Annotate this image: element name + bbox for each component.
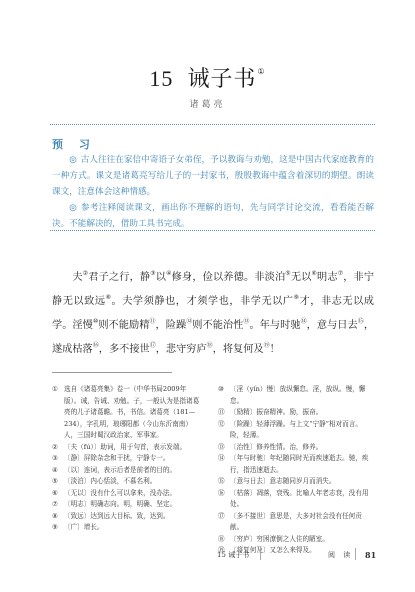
footnote-text: 〔无以〕没有什么可以拿来，没办法。: [64, 488, 202, 500]
text-run: ，多不接世: [99, 344, 150, 355]
text-run: 则不能励精: [98, 320, 149, 331]
text-run: 。年与时驰: [249, 320, 300, 331]
footnote-text: 〔淡泊〕内心恬淡，不慕名利。: [64, 476, 202, 488]
preview-paragraph: ◎古人往往在家信中寄语子女弟侄，予以教诲与劝勉，这是中国古代家庭教育的一种方式。…: [52, 152, 374, 200]
footnote-number: ⑧: [52, 511, 64, 523]
footnote: ①选自《诸葛亮集》卷一（中华书局2009年版）。诫，告诫、劝勉。子，一般认为是指…: [52, 384, 202, 442]
footnote-number: ⑥: [52, 488, 64, 500]
footnote-text: 〔治性〕修养性情。治，修养。: [230, 442, 375, 454]
footnote-text: 〔致远〕达到远大目标。致，达到。: [64, 511, 202, 523]
lesson-title: 15诫子书①: [0, 62, 415, 93]
footnote: ⑪〔励精〕振奋精神。励，振奋。: [218, 407, 375, 419]
footnote-ref[interactable]: ①: [257, 67, 265, 76]
footnote-text: 选自《诸葛亮集》卷一（中华书局2009年版）。诫，告诫、劝勉。子，一般认为是指诸…: [64, 384, 202, 442]
footnote-text: 〔淫（yín）慢〕放纵懈怠。淫，放纵。慢，懈怠。: [230, 384, 375, 407]
footnote-text: 〔励精〕振奋精神。励，振奋。: [230, 407, 375, 419]
lesson-number: 15: [149, 66, 173, 91]
footnote-number: ⑭: [218, 453, 230, 476]
footnote-number: ⑨: [52, 522, 64, 534]
footnote-text: 〔年与时驰〕年纪随同时光而疾速逝去。驰，疾行，指迅速逝去。: [230, 453, 375, 476]
lesson-title-text: 诫子书: [187, 67, 256, 92]
preview-heading: 预 习: [52, 136, 96, 152]
footnote-text: 〔多不接世〕意思是，大多对社会没有任何贡献。: [230, 511, 375, 534]
footnote-text: 〔枯落〕凋落，衰残。比喻人年老志衰，没有用处。: [230, 488, 375, 511]
preview-paragraph: ◎参考注释阅读课文，画出你不理解的语句，先与同学讨论交流，看看能否解决。不能解决…: [52, 200, 374, 232]
footnote-text: 〔明志〕明确志向。明，明确、坚定。: [64, 499, 202, 511]
footnote: ⑱〔穷庐〕穷困潦倒之人住的陋室。: [218, 534, 375, 546]
footnote: ⑧〔致远〕达到远大目标。致，达到。: [52, 511, 202, 523]
footnote-number: ⑮: [218, 476, 230, 488]
footnote-number: ⑯: [218, 488, 230, 511]
page-number: 81: [365, 550, 376, 560]
footnote: ⑯〔枯落〕凋落，衰残。比喻人年老志衰，没有用处。: [218, 488, 375, 511]
footnote-text: 〔广〕增长。: [64, 522, 202, 534]
footnote-number: ③: [52, 453, 64, 465]
footnote-number: ⑤: [52, 476, 64, 488]
divider: [50, 124, 375, 125]
footnote: ②〔夫（fú）〕助词，用于句首，表示发端。: [52, 442, 202, 454]
footnote: ⑮〔意与日去〕意志随同岁月而消失。: [218, 476, 375, 488]
footnotes-right: ⑩〔淫（yín）慢〕放纵懈怠。淫，放纵。慢，懈怠。⑪〔励精〕振奋精神。励，振奋。…: [218, 384, 375, 557]
footnote-text: 〔将复何及〕又怎么来得及。: [230, 545, 375, 557]
footnote-number: ⑱: [218, 534, 230, 546]
footnote: ⑥〔无以〕没有什么可以拿来，没办法。: [52, 488, 202, 500]
text-run: 君子之行，静: [88, 272, 150, 283]
footnote-number: ②: [52, 442, 64, 454]
footnote-number: ⑰: [218, 511, 230, 534]
text-run: ，悲守穷庐: [156, 344, 207, 355]
text-run: ！: [270, 344, 280, 355]
text-run: 夫: [72, 272, 82, 283]
footnote: ⑭〔年与时驰〕年纪随同时光而疾速逝去。驰，疾行，指迅速逝去。: [218, 453, 375, 476]
footnote: ⑨〔广〕增长。: [52, 522, 202, 534]
footnote: ⑦〔明志〕明确志向。明，明确、坚定。: [52, 499, 202, 511]
divider: [50, 230, 375, 231]
footnote: ⑤〔淡泊〕内心恬淡，不慕名利。: [52, 476, 202, 488]
footnote: ③〔静〕屏除杂念和干扰，宁静专一。: [52, 453, 202, 465]
text-run: 。夫学须静也，才须学也，非学无以广: [111, 296, 293, 307]
footnote-number: ⑩: [218, 384, 230, 407]
footnotes-left: ①选自《诸葛亮集》卷一（中华书局2009年版）。诫，告诫、劝勉。子，一般认为是指…: [52, 384, 202, 534]
footnote-number: ⑬: [218, 442, 230, 454]
footnote-text: 〔静〕屏除杂念和干扰，宁静专一。: [64, 453, 202, 465]
footnote: ⑰〔多不接世〕意思是，大多对社会没有任何贡献。: [218, 511, 375, 534]
footer-separator: [355, 548, 356, 560]
text-run: 以: [156, 272, 166, 283]
footnote-text: 〔险躁〕轻薄浮躁。与上文“宁静”相对而言。险，轻薄。: [230, 419, 375, 442]
text-run: 无以: [291, 272, 312, 283]
footnote: ⑩〔淫（yín）慢〕放纵懈怠。淫，放纵。慢，懈怠。: [218, 384, 375, 407]
bullet-icon: ◎: [69, 155, 77, 165]
footnote-number: ⑫: [218, 419, 230, 442]
text-run: ，意与日去: [307, 320, 358, 331]
footnote: ⑫〔险躁〕轻薄浮躁。与上文“宁静”相对而言。险，轻薄。: [218, 419, 375, 442]
text-run: 则不能治性: [192, 320, 243, 331]
text-run: 修身，俭以养德。非淡泊: [172, 272, 286, 283]
footer-chapter: 15 诫子书: [217, 550, 249, 560]
preview-section: ◎古人往往在家信中寄语子女弟侄，予以教诲与劝勉，这是中国古代家庭教育的一种方式。…: [52, 152, 374, 232]
footnote-number: ⑪: [218, 407, 230, 419]
footnote-text: 〔意与日去〕意志随同岁月而消失。: [230, 476, 375, 488]
footnote-number: ④: [52, 465, 64, 477]
text-run: ，将复何及: [213, 344, 264, 355]
footer-section: 阅 读: [328, 550, 353, 560]
footnote-text: 〔夫（fú）〕助词，用于句首，表示发端。: [64, 442, 202, 454]
footnote-number: ⑦: [52, 499, 64, 511]
footnote: ④〔以〕连词，表示后者是前者的目的。: [52, 465, 202, 477]
footnote-text: 〔以〕连词，表示后者是前者的目的。: [64, 465, 202, 477]
bullet-icon: ◎: [69, 203, 77, 213]
author: 诸葛亮: [0, 97, 415, 110]
footnote: ⑬〔治性〕修养性情。治，修养。: [218, 442, 375, 454]
footnote-rule: [52, 372, 172, 373]
footnote-text: 〔穷庐〕穷困潦倒之人住的陋室。: [230, 534, 375, 546]
text-run: ，险躁: [156, 320, 187, 331]
footer-separator: [260, 548, 261, 560]
main-text: 夫②君子之行，静③以④修身，俭以养德。非淡泊⑤无以⑥明志⑦，非宁静无以致远⑧。夫…: [52, 264, 374, 360]
footnote-number: ①: [52, 384, 64, 442]
text-run: 明志: [317, 272, 338, 283]
